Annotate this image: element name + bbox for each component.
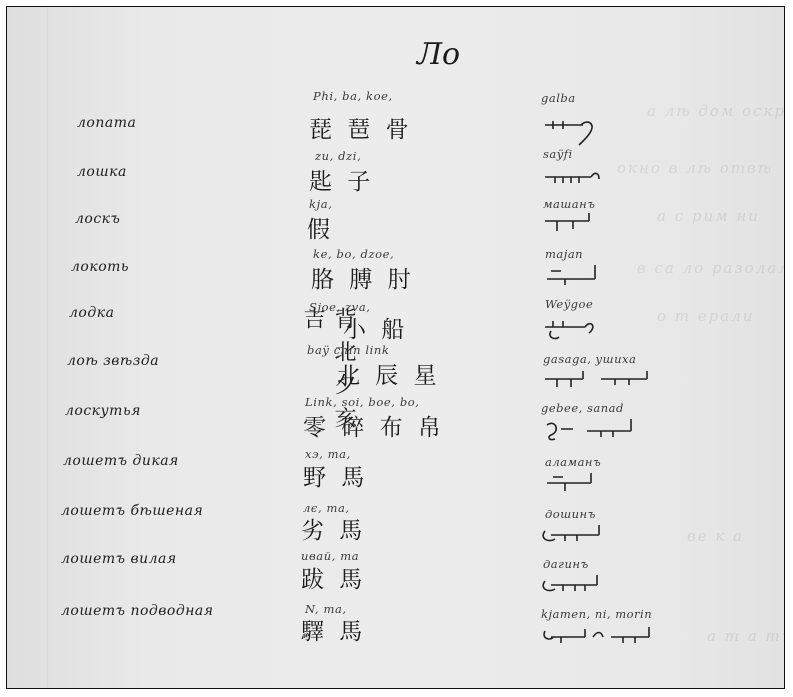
chinese-romanization: Phi, ba, koe, (313, 89, 393, 103)
manchu-script-icon (543, 371, 653, 385)
manchu-transliteration: kjamen, ni, morin (541, 607, 652, 621)
chinese-characters: 小 船 (343, 319, 408, 342)
chinese-romanization: ивай, ma (301, 549, 359, 563)
bleed-through-text: а т а тъ (707, 627, 785, 645)
russian-headword: лодка (69, 305, 114, 321)
manchu-script-icon (541, 575, 611, 589)
chinese-romanization: лє, ma, (303, 501, 350, 515)
manchu-script-icon (543, 169, 603, 183)
chinese-characters: 假 (307, 219, 334, 242)
bleed-through-text: окно в лѣ отвѣ (617, 159, 773, 177)
chinese-romanization: N, ma, (305, 602, 347, 616)
chinese-romanization: kja, (309, 197, 332, 211)
manchu-script-icon (545, 473, 605, 487)
russian-headword: локоть (71, 259, 129, 275)
chinese-characters: 胳 膊 肘 (311, 269, 415, 292)
manchu-script-icon (543, 419, 643, 433)
russian-headword: лошетъ дикая (63, 453, 179, 469)
russian-headword: лоскутья (65, 403, 141, 419)
manchu-transliteration: Weÿgoe (545, 297, 593, 311)
manchu-transliteration: gasaga, ушиха (543, 352, 636, 366)
manchu-script-icon (541, 525, 611, 539)
russian-headword: лоѣ звѣзда (67, 353, 159, 369)
chinese-characters: 驛 馬 (301, 621, 366, 644)
manchu-script-icon (541, 627, 661, 641)
russian-headword: лопата (77, 115, 136, 131)
russian-headword: лоскъ (75, 211, 120, 227)
chinese-romanization: Link, soi, boe, bo, (305, 395, 420, 409)
manchu-transliteration: gebee, sanad (541, 401, 624, 415)
manuscript-page: а лѣ дом оскра окно в лѣ отвѣ а с рим ни… (6, 6, 785, 689)
chinese-characters: 琵 琶 骨 (309, 119, 413, 142)
russian-headword: лошетъ бѣшеная (61, 503, 203, 519)
manchu-transliteration: saÿfi (543, 147, 573, 161)
manchu-transliteration: дагинъ (543, 557, 589, 571)
manchu-script-icon (543, 317, 603, 331)
manchu-transliteration: аламанъ (545, 455, 601, 469)
manchu-transliteration: дошинъ (545, 507, 596, 521)
russian-headword: лошетъ подводная (61, 603, 214, 619)
manchu-transliteration: majan (545, 247, 583, 261)
manchu-transliteration: galba (541, 91, 576, 105)
manchu-transliteration: машанъ (543, 197, 595, 211)
chinese-romanization: хэ, ma, (305, 447, 351, 461)
russian-headword: лошетъ вилая (61, 551, 177, 567)
chinese-characters: 劣 馬 (301, 520, 366, 543)
bleed-through-text: а с рим ни (657, 207, 760, 225)
chinese-characters: 零 碎 布 帛 (303, 417, 445, 440)
chinese-characters: 北 辰 星 (337, 365, 441, 388)
bleed-through-text: в са ло разолал (637, 259, 785, 277)
chinese-characters: 野 馬 (303, 467, 368, 490)
manchu-script-icon (543, 213, 603, 227)
chinese-romanization: baÿ chin link (307, 343, 390, 357)
manchu-script-icon (543, 117, 603, 131)
manchu-script-icon (545, 265, 605, 279)
chinese-characters: 跋 馬 (301, 569, 366, 592)
chinese-romanization: ke, bo, dzoe, (313, 247, 394, 261)
chinese-romanization: zи, dzi, (315, 149, 361, 163)
bleed-through-text: ве к а (687, 527, 744, 545)
bleed-through-text: а лѣ дом оскра (647, 102, 785, 120)
page-margin (47, 7, 48, 688)
russian-headword: лошка (77, 164, 127, 180)
chinese-romanization: Sjoe, zva, (309, 300, 371, 314)
page-heading: Ло (417, 37, 460, 72)
bleed-through-text: о т ерали (657, 307, 754, 325)
chinese-characters: 匙 子 (309, 171, 374, 194)
